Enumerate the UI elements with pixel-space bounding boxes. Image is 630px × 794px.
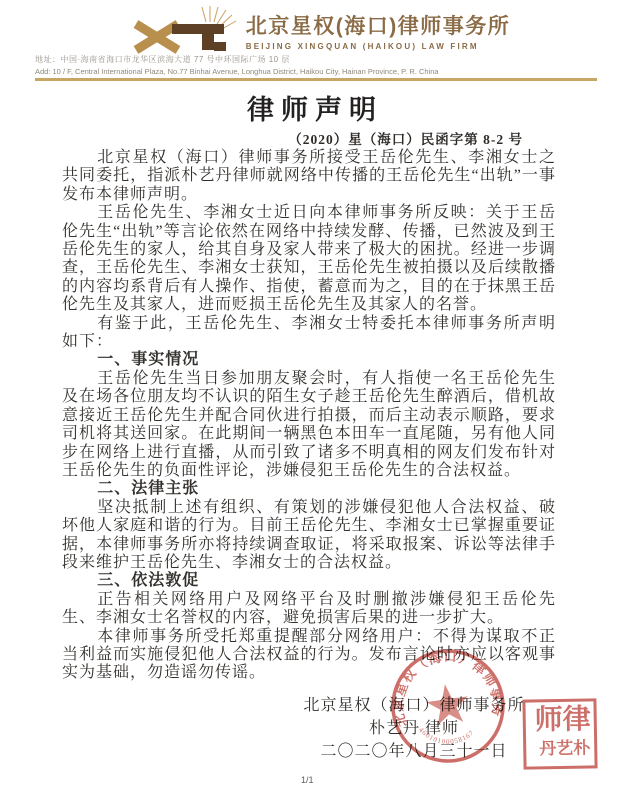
- star-icon: [424, 681, 471, 726]
- paragraph-legal-claims: 坚决抵制上述有组织、有策划的涉嫌侵犯他人合法权益、破坏他人家庭和谐的行为。目前王…: [62, 499, 556, 573]
- section-heading-urging: 三、依法敦促: [62, 572, 556, 590]
- paragraph-intro: 北京星权（海口）律师事务所接受王岳伦先生、李湘女士之共同委托，指派朴艺丹律师就网…: [62, 149, 556, 204]
- firm-name-cn: 北京星权(海口)律师事务所: [246, 10, 511, 40]
- section-heading-facts: 一、事实情况: [62, 351, 556, 369]
- document-number: （2020）星（海口）民函字第 8-2 号: [288, 128, 523, 148]
- lawyer-square-stamp: 律师 朴艺丹: [522, 698, 597, 769]
- address-cn: 地址：中国·海南省海口市龙华区滨海大道 77 号中环国际广场 10 层: [35, 54, 439, 65]
- lawyer-statement-page: 北京星权(海口)律师事务所 BEIJING XINGQUAN (HAIKOU) …: [0, 0, 630, 794]
- paragraph-urging: 正告相关网络用户及网络平台及时删撤涉嫌侵犯王岳伦先生、李湘女士名誉权的内容，避免…: [62, 591, 556, 628]
- paragraph-leadin: 有鉴于此，王岳伦先生、李湘女士特委托本律师事务所声明如下：: [62, 315, 556, 352]
- lawyer-stamp-name: 朴艺丹: [532, 738, 588, 766]
- paragraph-facts: 王岳伦先生当日参加朋友聚会时，有人指使一名王岳伦先生及在场各位朋友均不认识的陌生…: [62, 370, 556, 480]
- document-title: 律师声明: [0, 88, 630, 127]
- page-number: 1/1: [301, 775, 314, 785]
- firm-round-seal: 北京星权（海口）律师事务所 46010100058167: [381, 639, 514, 772]
- address-block: 地址：中国·海南省海口市龙华区滨海大道 77 号中环国际广场 10 层 Add:…: [35, 54, 439, 76]
- address-en: Add: 10 / F, Central International Plaza…: [35, 67, 439, 76]
- header-divider: [35, 78, 597, 81]
- xq-logo-icon: [120, 6, 238, 54]
- section-heading-legal-claims: 二、法律主张: [62, 480, 556, 498]
- lawyer-stamp-title: 律师: [531, 704, 588, 737]
- firm-logo: [120, 6, 238, 54]
- lawyer-stamp-columns: 律师 朴艺丹: [531, 702, 588, 767]
- document-body: 北京星权（海口）律师事务所接受王岳伦先生、李湘女士之共同委托，指派朴艺丹律师就网…: [62, 149, 556, 683]
- paragraph-background: 王岳伦先生、李湘女士近日向本律师事务所反映：关于王岳伦先生“出轨”等言论依然在网…: [62, 204, 556, 314]
- seal-number: 46010100058167: [416, 719, 476, 751]
- firm-name-block: 北京星权(海口)律师事务所 BEIJING XINGQUAN (HAIKOU) …: [246, 10, 511, 51]
- svg-text:46010100058167: 46010100058167: [416, 719, 476, 751]
- letterhead: 北京星权(海口)律师事务所 BEIJING XINGQUAN (HAIKOU) …: [0, 6, 630, 54]
- firm-name-en: BEIJING XINGQUAN (HAIKOU) LAW FIRM: [246, 42, 511, 51]
